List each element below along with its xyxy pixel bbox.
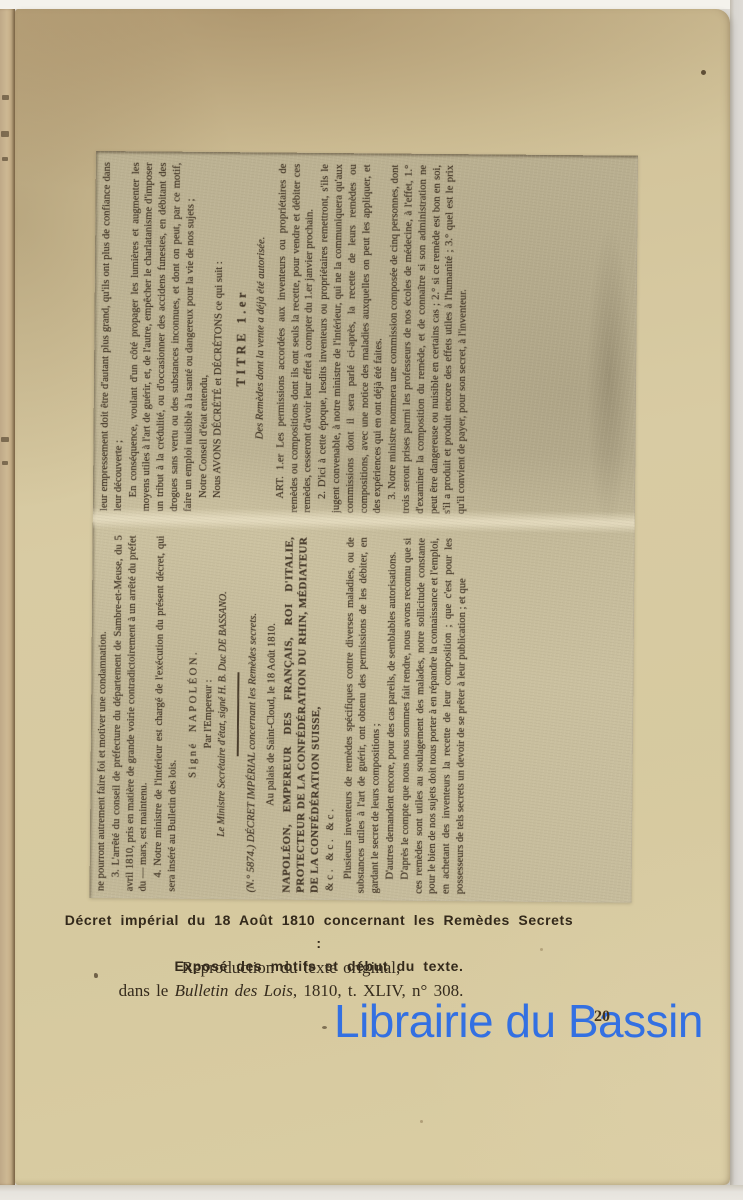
facsimile-paragraph: Plusieurs inventeurs de remèdes spécifiq… xyxy=(341,537,385,893)
facsimile-page-left: ne pourront autrement faire foi et motiv… xyxy=(89,519,634,903)
caption-line-1: Décret impérial du 18 Août 1810 concerna… xyxy=(62,909,576,955)
facsimile-paragraph: NAPOLÉON, EMPEREUR DES FRANÇAIS, ROI D'I… xyxy=(281,537,325,893)
bookseller-watermark: Librairie du Bassin xyxy=(334,994,703,1048)
facsimile-paragraph: &c. &c. &c. xyxy=(323,537,340,893)
facsimile-divider-rule xyxy=(237,672,239,756)
facsimile-paragraph: Des Remèdes dont la vente a déjà été aut… xyxy=(253,163,270,512)
caption-source-title: Bulletin des Lois xyxy=(175,981,293,1000)
facsimile-page-right-text: leur empressement doit être d'autant plu… xyxy=(98,162,607,515)
photo-background-right xyxy=(730,0,743,1200)
book-photo: leur empressement doit être d'autant plu… xyxy=(0,0,743,1200)
page-edge-strip xyxy=(0,9,15,1185)
facsimile-paragraph: En conséquence, voulant d'un côté propag… xyxy=(126,162,198,512)
page-edge-print-mark xyxy=(2,95,9,100)
caption-source-pre: dans le xyxy=(119,981,175,1000)
facsimile-paragraph: TITRE 1.er xyxy=(234,163,251,512)
page-edge-print-mark xyxy=(1,437,9,442)
page-edge-print-mark xyxy=(2,157,8,161)
facsimile-paragraph: Le Ministre Secrétaire d'état, signé H. … xyxy=(215,536,232,892)
facsimile-paragraph: 3. Notre ministre nommera une commission… xyxy=(386,165,472,515)
facsimile-paragraph: 3. L'arrêté du conseil de préfecture du … xyxy=(109,535,153,891)
page-number: 20 xyxy=(594,1008,610,1026)
facsimile-page-left-text: ne pourront autrement faire foi et motiv… xyxy=(95,535,604,895)
facsimile-paragraph: 4. Notre ministre de l'intérieur est cha… xyxy=(152,536,183,892)
facsimile-paragraph: Nous AVONS DÉCRÉTÉ et DÉCRÉTONS ce qui s… xyxy=(211,163,228,512)
facsimile-page-right: leur empressement doit être d'autant plu… xyxy=(93,151,638,522)
facsimile-image: leur empressement doit être d'autant plu… xyxy=(89,151,637,903)
page-edge-print-mark xyxy=(1,131,9,137)
page-edge-print-mark xyxy=(2,461,8,465)
caption-source-line-1: Reproduction du texte original, xyxy=(30,956,552,979)
photo-background-bottom xyxy=(0,1185,743,1200)
facsimile-paragraph: ART. 1.er Les permissions accordées aux … xyxy=(274,164,318,513)
facsimile-paragraph: leur empressement doit être d'autant plu… xyxy=(98,162,129,511)
photo-background-top xyxy=(0,0,743,9)
facsimile-paragraph: D'après le compte que nous nous sommes f… xyxy=(398,538,470,895)
facsimile-paragraph: 2. D'ici à cette époque, lesdits invente… xyxy=(316,164,388,514)
facsimile-paragraph: Au palais de Saint-Cloud, le 18 Août 181… xyxy=(263,537,280,893)
facsimile-paragraph: (N.° 5874.) DÉCRET IMPÉRIAL concernant l… xyxy=(244,536,261,892)
